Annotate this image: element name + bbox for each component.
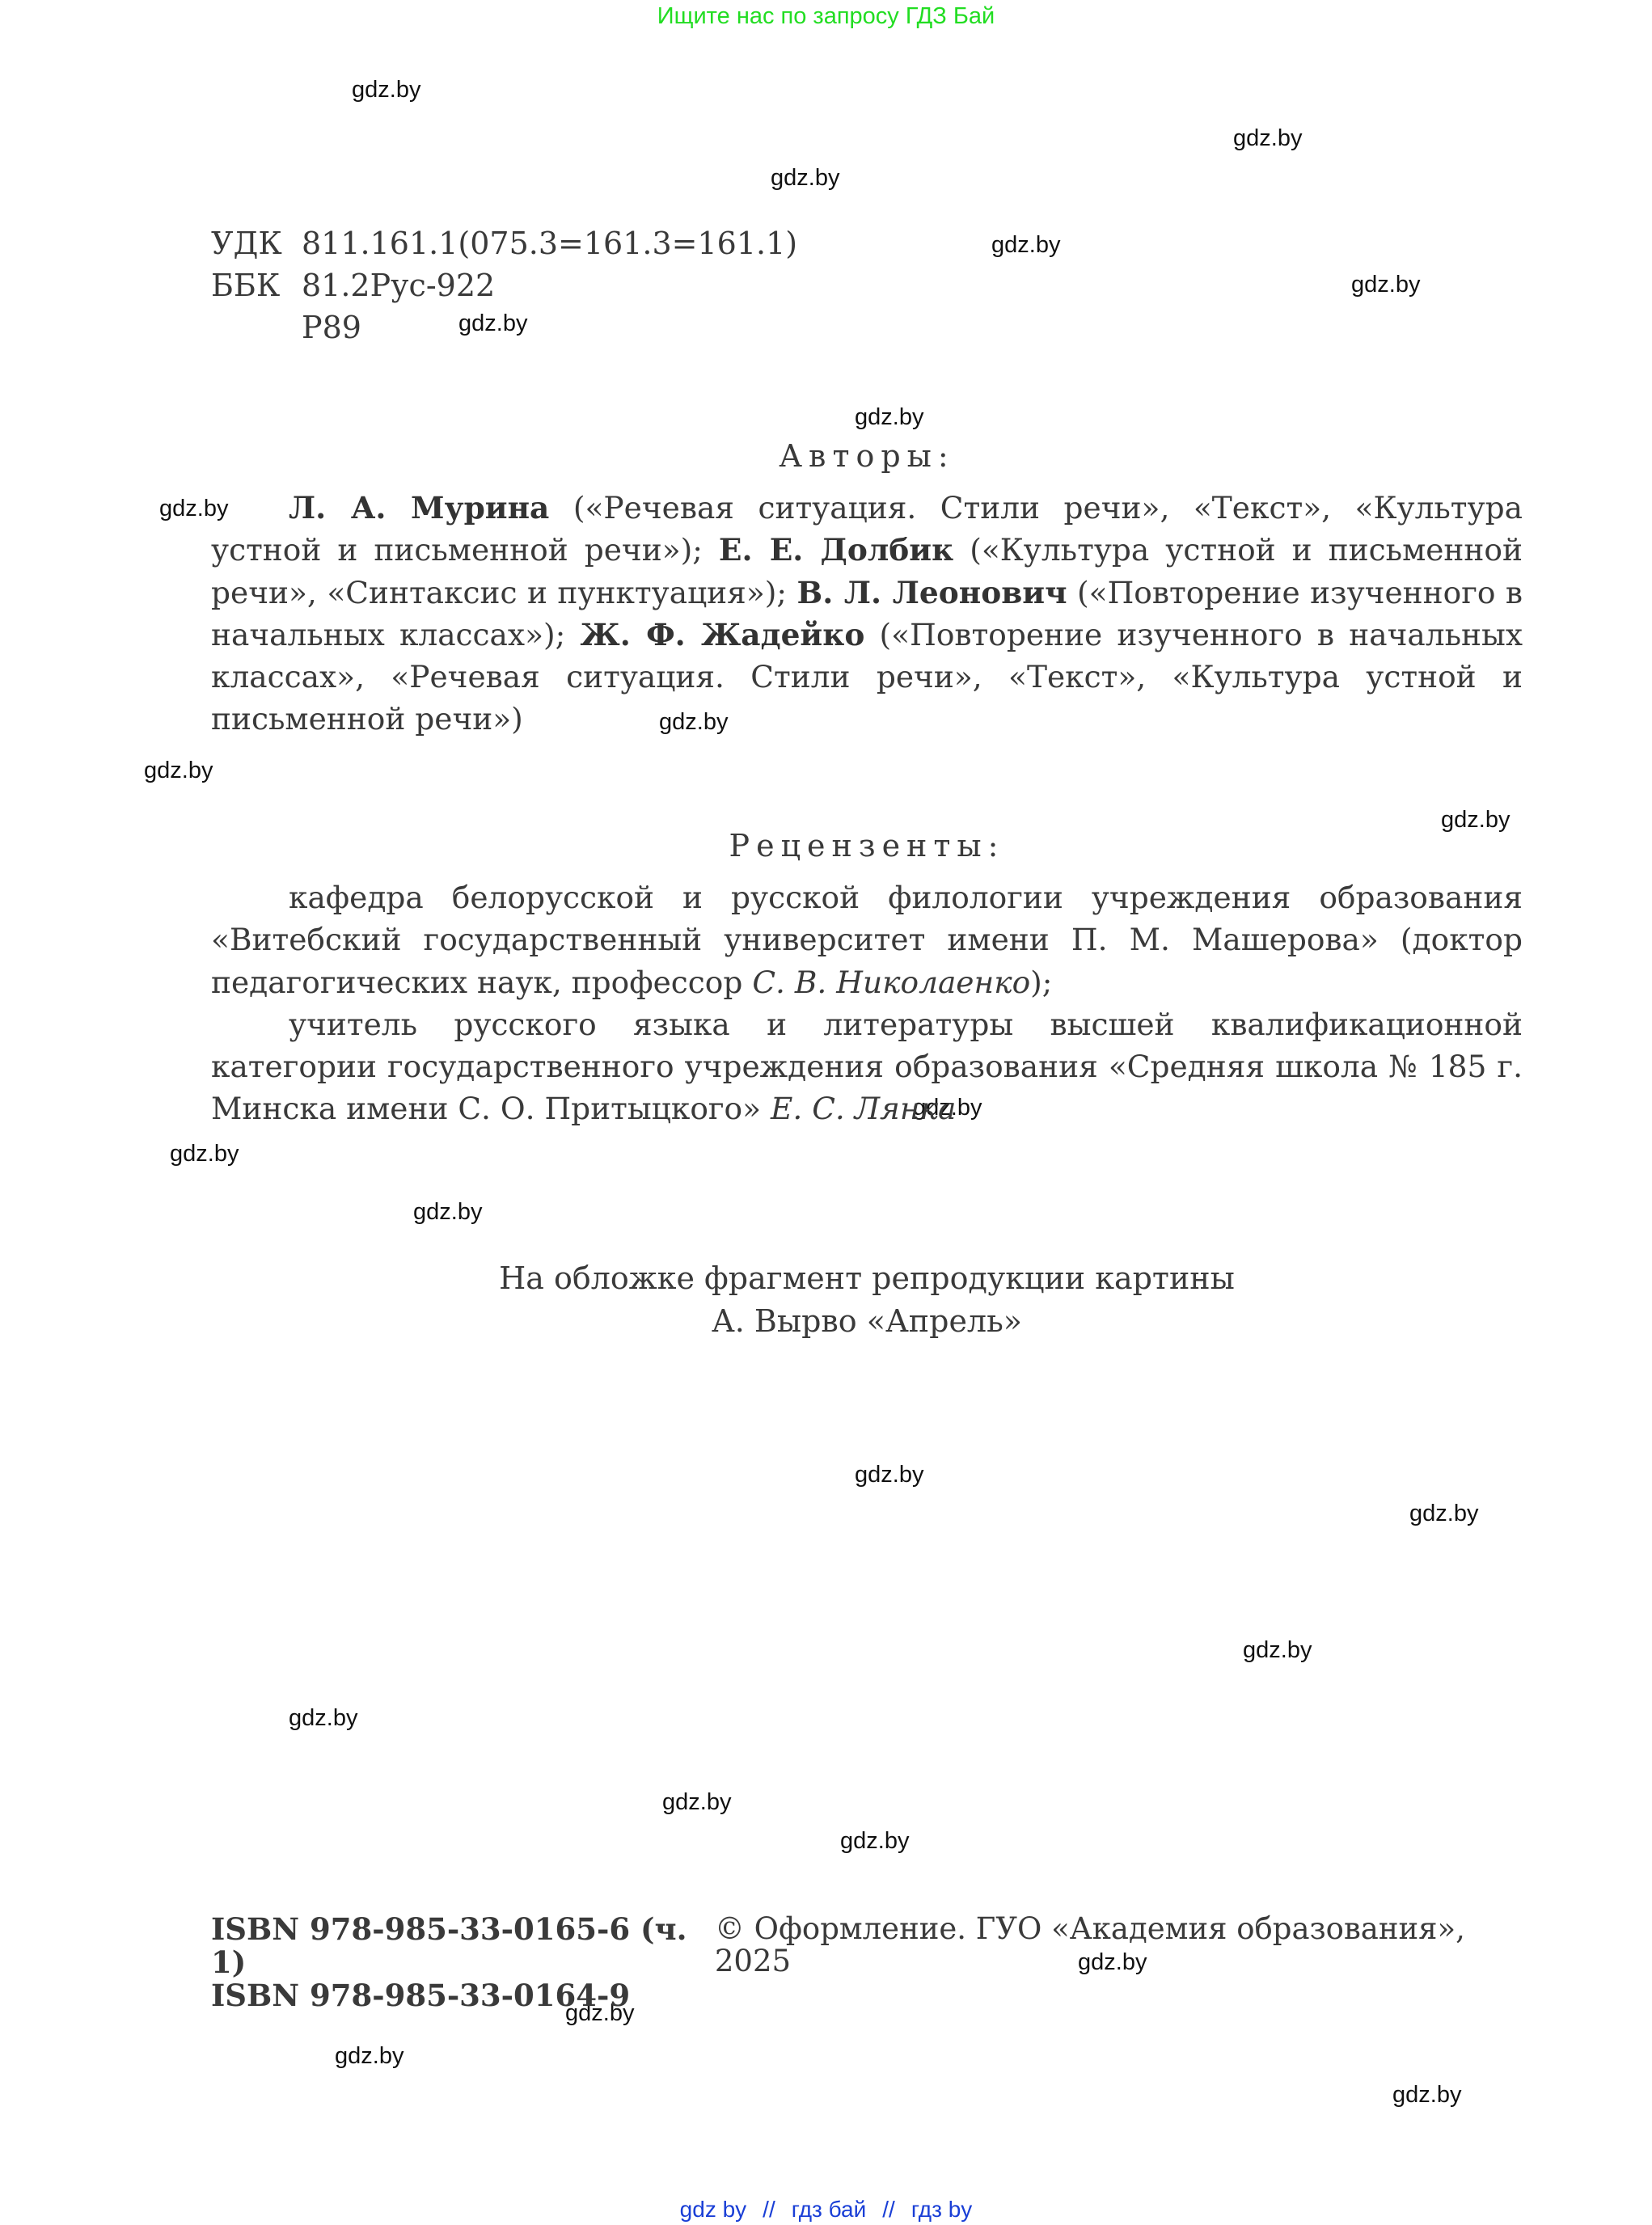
bbk-label: ББК [211,264,302,306]
cover-note: На обложке фрагмент репродукции картины … [211,1257,1523,1342]
watermark: gdz.by [855,1461,923,1488]
reviewer-tail: ); [1030,965,1052,1000]
watermark: gdz.by [1392,2081,1461,2109]
separator: // [882,2197,895,2222]
watermark: gdz.by [144,757,213,784]
reviewer-person: Е. С. Лянка [771,1091,956,1126]
author-name: Е. Е. Долбик [719,532,953,568]
bottom-links: gdz by//гдз бай//гдз by [0,2197,1652,2223]
copyright: © Оформление. ГУО «Академия образования»… [715,1913,1523,2012]
author-name: В. Л. Леонович [797,575,1067,610]
authors-heading: Авторы: [211,435,1523,477]
watermark: gdz.by [170,1140,239,1167]
watermark: gdz.by [771,164,839,192]
cover-note-line: А. Вырво «Апрель» [211,1300,1523,1343]
udk-value: 811.161.1(075.3=161.3=161.1) [302,222,797,264]
authors-list: Л. А. Мурина («Речевая ситуация. Стили р… [211,487,1523,741]
link-gdz-by[interactable]: gdz by [680,2197,747,2222]
classification-codes: УДК 811.161.1(075.3=161.3=161.1) ББК 81.… [211,222,1523,348]
bbk-value: 81.2Рус-922 [302,264,495,306]
watermark: gdz.by [1409,1500,1478,1527]
watermark: gdz.by [1233,125,1302,152]
watermark: gdz.by [855,403,923,431]
udk-label: УДК [211,222,302,264]
author-sign: Р89 [211,306,1523,348]
isbn-list: ISBN 978-985-33-0165-6 (ч. 1) ISBN 978-9… [211,1913,715,2012]
watermark: gdz.by [289,1704,357,1732]
watermark: gdz.by [413,1198,482,1226]
link-gdz-by-cyr[interactable]: гдз by [911,2197,972,2222]
watermark: gdz.by [352,76,420,103]
isbn-block: ISBN 978-985-33-0165-6 (ч. 1) ISBN 978-9… [211,1913,1523,2012]
isbn-part1: ISBN 978-985-33-0165-6 (ч. 1) [211,1911,687,1980]
separator: // [763,2197,775,2222]
reviewer-item: кафедра белорусской и русской филологии … [211,876,1523,1003]
reviewer-item: учитель русского языка и литературы высш… [211,1003,1523,1130]
udk-row: УДК 811.161.1(075.3=161.3=161.1) [211,222,1523,264]
watermark: gdz.by [662,1788,731,1816]
cover-note-line: На обложке фрагмент репродукции картины [211,1257,1523,1300]
watermark: gdz.by [335,2042,403,2070]
watermark: gdz.by [1243,1636,1312,1664]
watermark: gdz.by [840,1827,909,1855]
author-name: Л. А. Мурина [289,490,549,526]
link-gdz-bai[interactable]: гдз бай [792,2197,867,2222]
reviewers-list: кафедра белорусской и русской филологии … [211,876,1523,1130]
search-banner: Ищите нас по запросу ГДЗ Бай [0,3,1652,30]
isbn-set: ISBN 978-985-33-0164-9 [211,1978,630,2013]
reviewers-heading: Рецензенты: [211,825,1523,867]
author-name: Ж. Ф. Жадейко [581,617,865,652]
reviewer-person: С. В. Николаенко [752,965,1030,1000]
bbk-row: ББК 81.2Рус-922 [211,264,1523,306]
